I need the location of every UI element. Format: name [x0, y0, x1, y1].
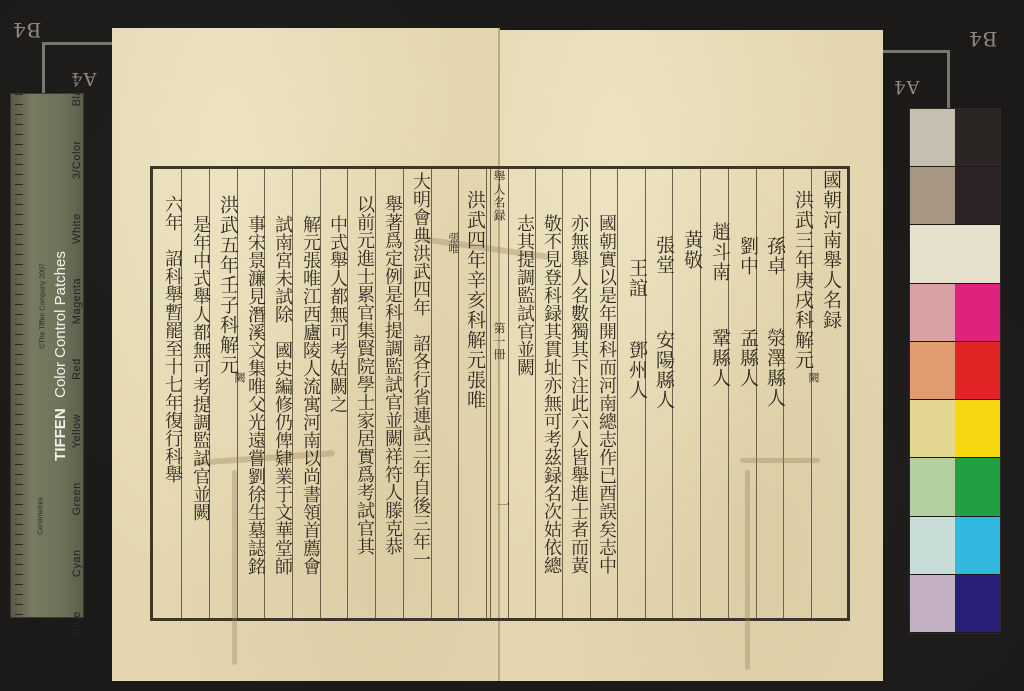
- candidate-name: 王誼: [624, 258, 650, 298]
- commentary-line: 志其提調監試官並闕: [512, 214, 536, 376]
- color-name: Blue: [71, 611, 83, 635]
- candidate-origin: 鄧州人: [624, 340, 650, 400]
- color-patch-row: [910, 400, 1000, 458]
- color-name: Yellow: [71, 413, 83, 447]
- color-name: Green: [71, 482, 83, 515]
- color-patch: [955, 342, 1000, 399]
- reference-line: 事宋景濂見潛溪文集唯父光遠嘗劉徐生墓誌銘: [243, 215, 267, 575]
- reference-line: 以前元進士累官集賢院學士家居實爲考試官其: [352, 195, 376, 555]
- water-stain: [740, 458, 820, 463]
- color-patch-row: [910, 575, 1000, 633]
- candidate-origin: 孟縣人: [735, 328, 761, 388]
- color-patch: [910, 400, 955, 457]
- color-patch: [910, 575, 955, 632]
- color-patch: [910, 284, 955, 341]
- color-name: Black: [71, 76, 83, 105]
- tiffen-product: Color Control Patches: [52, 251, 69, 398]
- reference-line: 解元張唯江西廬陵人流寓河南以尚書領首薦會: [298, 215, 322, 575]
- color-patch: [955, 225, 1000, 282]
- tiffen-unit-label: Centimetres: [38, 497, 45, 535]
- color-patch: [910, 167, 955, 224]
- exam-year-heading: 洪武三年庚戌科解元: [790, 190, 816, 370]
- ruler-ticks: [15, 94, 35, 617]
- candidate-name: 孫卓: [762, 236, 788, 276]
- banxin-title: 舉人名録: [491, 170, 507, 222]
- candidate-name: 黃敬: [679, 230, 705, 270]
- candidate-origin: 鞏縣人: [707, 328, 733, 388]
- color-patch: [955, 167, 1000, 224]
- color-patch-row: [910, 342, 1000, 400]
- reference-line: 舉著爲定例是科提調監試官並闕祥符人滕克恭: [380, 195, 404, 555]
- annotation-note: 張唯: [440, 232, 466, 254]
- color-patch: [955, 458, 1000, 515]
- color-patch: [910, 109, 955, 166]
- commentary-line: 敬不見登科録其貫址亦無可考茲録名次姑依總: [539, 214, 563, 574]
- tiffen-color-names: Blue Cyan Green Yellow Red Magenta White…: [71, 76, 83, 634]
- guide-line: [878, 50, 950, 53]
- color-patch: [910, 517, 955, 574]
- color-name: White: [71, 213, 83, 244]
- commentary-line: 亦無舉人名數獨其下注此六人皆舉進士者而黃: [566, 214, 590, 574]
- color-patch-row: [910, 284, 1000, 342]
- color-name: 3/Color: [71, 140, 83, 179]
- color-patch: [955, 400, 1000, 457]
- reference-line: 試南宮未試除 國史編修仍俾肄業于文華堂師: [270, 215, 294, 575]
- color-patch: [955, 575, 1000, 632]
- candidate-name: 劉中: [735, 236, 761, 276]
- reference-line: 中式舉人都無可考姑闕之: [325, 215, 349, 413]
- exam-year-heading: 洪武四年辛亥科解元張唯: [462, 190, 488, 410]
- column-rule: [490, 169, 491, 618]
- column-rule: [590, 169, 591, 618]
- document-title: 國朝河南舉人名録: [818, 170, 844, 330]
- guide-line: [42, 42, 45, 94]
- color-name: Magenta: [71, 277, 83, 323]
- guide-line: [42, 42, 116, 45]
- color-patch-chart: [909, 108, 1001, 634]
- candidate-name: 趙斗南: [707, 222, 733, 282]
- tiffen-copyright: ©The Tiffen Company 2007: [40, 263, 47, 349]
- color-patch: [910, 458, 955, 515]
- color-patch-row: [910, 225, 1000, 283]
- candidate-origin: 安陽縣人: [651, 330, 677, 410]
- column-rule: [508, 169, 509, 618]
- color-patch: [910, 225, 955, 282]
- water-stain: [745, 470, 750, 670]
- missing-note: 闕: [226, 372, 252, 383]
- commentary-line: 國朝實以是年開科而河南總志作已酉誤矣志中: [594, 214, 618, 574]
- color-patch: [955, 109, 1000, 166]
- exam-year-heading: 洪武五年壬子科解元: [215, 195, 241, 375]
- candidate-name: 張堂: [651, 235, 677, 275]
- color-patch-row: [910, 458, 1000, 516]
- reference-line: 是年中式舉人都無可考提調監試官並闕: [188, 215, 212, 521]
- reference-line: 六年 詔科舉暫罷至十七年復行科舉: [160, 195, 184, 483]
- color-patch-row: [910, 109, 1000, 167]
- missing-note: 闕: [800, 372, 826, 383]
- water-stain: [232, 470, 237, 665]
- candidate-origin: 滎澤縣人: [762, 328, 788, 408]
- color-patch-row: [910, 517, 1000, 575]
- color-patch: [955, 284, 1000, 341]
- reference-line: 大明會典洪武四年 詔各行省連試三年自後三年一: [408, 172, 432, 568]
- color-patch: [955, 517, 1000, 574]
- page-number: 一: [493, 498, 509, 512]
- size-label-b4-left: B4: [12, 18, 41, 42]
- volume-label: 第一冊: [491, 322, 507, 361]
- color-name: Red: [71, 358, 83, 380]
- color-patch: [910, 342, 955, 399]
- size-label-b4-right: B4: [968, 27, 997, 51]
- color-name: Cyan: [71, 549, 83, 577]
- tiffen-color-control-strip: TIFFEN Color Control Patches Blue Cyan G…: [10, 93, 84, 618]
- size-label-a4-right: A4: [893, 76, 919, 97]
- color-patch-row: [910, 167, 1000, 225]
- tiffen-label: TIFFEN Color Control Patches: [52, 251, 70, 461]
- tiffen-brand: TIFFEN: [52, 408, 69, 461]
- guide-line: [947, 50, 950, 108]
